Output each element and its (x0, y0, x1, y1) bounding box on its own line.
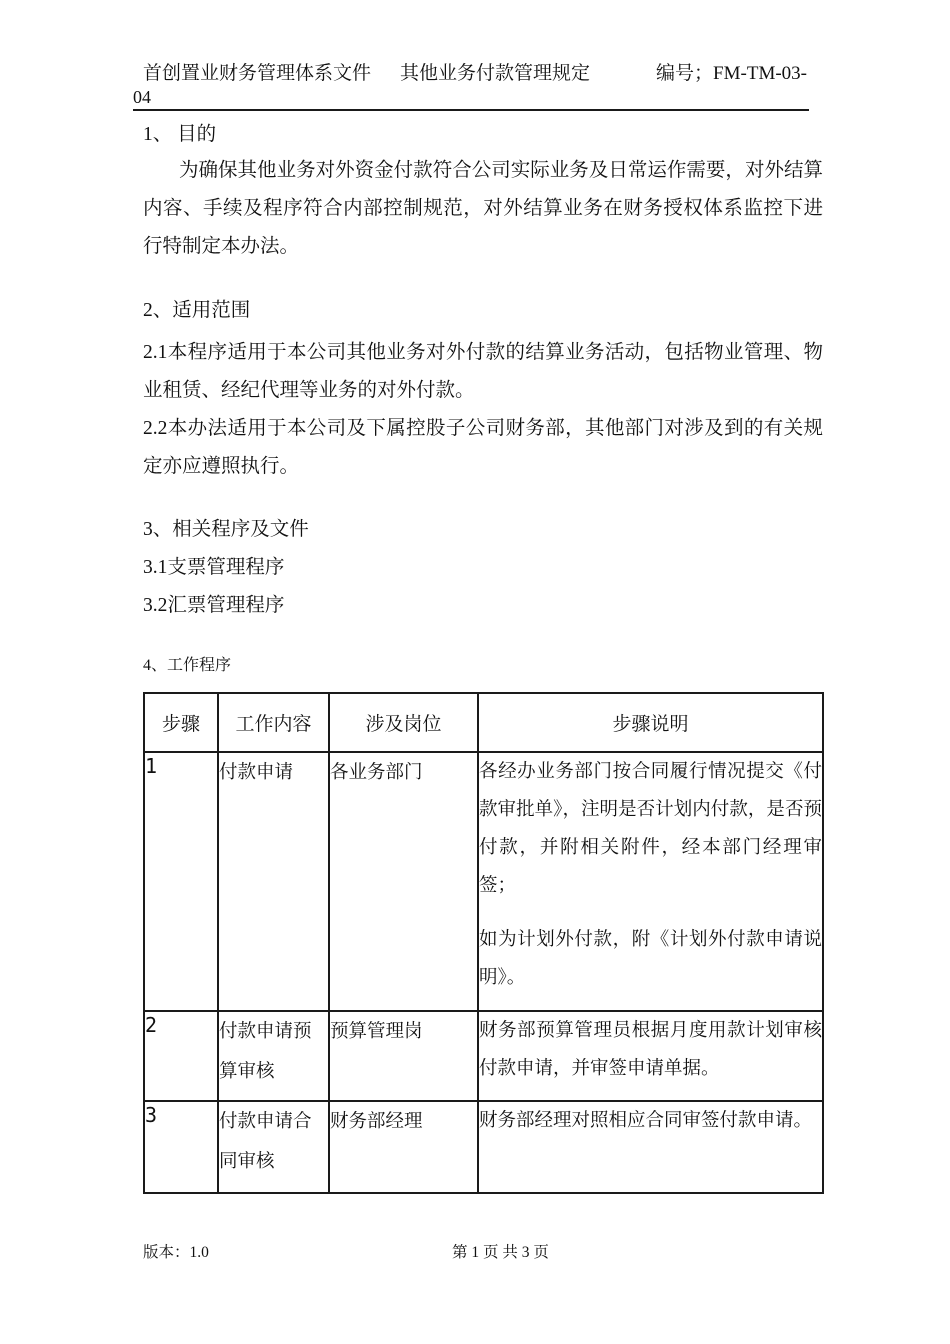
work-procedure-table: 步骤 工作内容 涉及岗位 步骤说明 1 付款申请 各业务部门 各经办业务部门按合… (143, 692, 824, 1194)
column-header-position: 涉及岗位 (329, 693, 478, 752)
row1-step: 1 (144, 752, 218, 1011)
row1-content: 付款申请 (218, 752, 329, 1011)
section-2-item-1: 2.1本程序适用于本公司其他业务对外付款的结算业务活动，包括物业管理、物业租赁、… (143, 334, 823, 410)
section-3-item-1: 3.1支票管理程序 (143, 549, 823, 587)
row3-step: 3 (144, 1101, 218, 1193)
header-line-1: 首创置业财务管理体系文件 其他业务付款管理规定 编号；FM-TM-03- (133, 60, 809, 87)
table-row: 3 付款申请合同审核 财务部经理 财务部经理对照相应合同审签付款申请。 (144, 1101, 823, 1193)
column-header-description: 步骤说明 (478, 693, 823, 752)
header-doc-title: 其他业务付款管理规定 (400, 60, 590, 87)
row3-description-paragraph-1: 财务部经理对照相应合同审签付款申请。 (479, 1102, 822, 1140)
row2-description: 财务部预算管理员根据月度用款计划审核付款申请，并审签申请单据。 (478, 1011, 823, 1101)
section-1-paragraph: 为确保其他业务对外资金付款符合公司实际业务及日常运作需要，对外结算内容、手续及程… (143, 152, 823, 266)
section-2-heading: 2、适用范围 (143, 296, 823, 326)
section-1-heading: 1、 目的 (143, 120, 823, 150)
header-doc-system: 首创置业财务管理体系文件 (143, 60, 371, 87)
row2-content: 付款申请预算审核 (218, 1011, 329, 1101)
section-3-block: 3、相关程序及文件 3.1支票管理程序 3.2汇票管理程序 (143, 511, 823, 625)
row1-description: 各经办业务部门按合同履行情况提交《付款审批单》，注明是否计划内付款，是否预付款，… (478, 752, 823, 1011)
section-2-item-2: 2.2本办法适用于本公司及下属控股子公司财务部，其他部门对涉及到的有关规定亦应遵… (143, 410, 823, 486)
row3-position: 财务部经理 (329, 1101, 478, 1193)
row1-description-paragraph-1: 各经办业务部门按合同履行情况提交《付款审批单》，注明是否计划内付款，是否预付款，… (479, 753, 822, 905)
row1-description-paragraph-2: 如为计划外付款，附《计划外付款申请说明》。 (479, 921, 822, 997)
row2-step: 2 (144, 1011, 218, 1101)
section-4-heading: 4、工作程序 (143, 655, 823, 677)
row3-content: 付款申请合同审核 (218, 1101, 329, 1193)
footer-version: 版本：1.0 (143, 1242, 209, 1264)
section-3-heading: 3、相关程序及文件 (143, 511, 823, 549)
header-doc-number: 编号；FM-TM-03- (656, 60, 807, 87)
table-row: 1 付款申请 各业务部门 各经办业务部门按合同履行情况提交《付款审批单》，注明是… (144, 752, 823, 1011)
column-header-step: 步骤 (144, 693, 218, 752)
row2-position: 预算管理岗 (329, 1011, 478, 1101)
row2-description-paragraph-1: 财务部预算管理员根据月度用款计划审核付款申请，并审签申请单据。 (479, 1012, 822, 1088)
column-header-content: 工作内容 (218, 693, 329, 752)
footer-page-info: 第 1 页 共 3 页 (452, 1242, 549, 1264)
row1-position: 各业务部门 (329, 752, 478, 1011)
table-row: 2 付款申请预算审核 预算管理岗 财务部预算管理员根据月度用款计划审核付款申请，… (144, 1011, 823, 1101)
page-header: 首创置业财务管理体系文件 其他业务付款管理规定 编号；FM-TM-03- 04 (133, 60, 809, 111)
section-3-item-2: 3.2汇票管理程序 (143, 587, 823, 625)
document-page: 首创置业财务管理体系文件 其他业务付款管理规定 编号；FM-TM-03- 04 … (0, 0, 950, 1344)
table-header-row: 步骤 工作内容 涉及岗位 步骤说明 (144, 693, 823, 752)
header-doc-number-wrapped: 04 (133, 87, 809, 107)
row3-description: 财务部经理对照相应合同审签付款申请。 (478, 1101, 823, 1193)
